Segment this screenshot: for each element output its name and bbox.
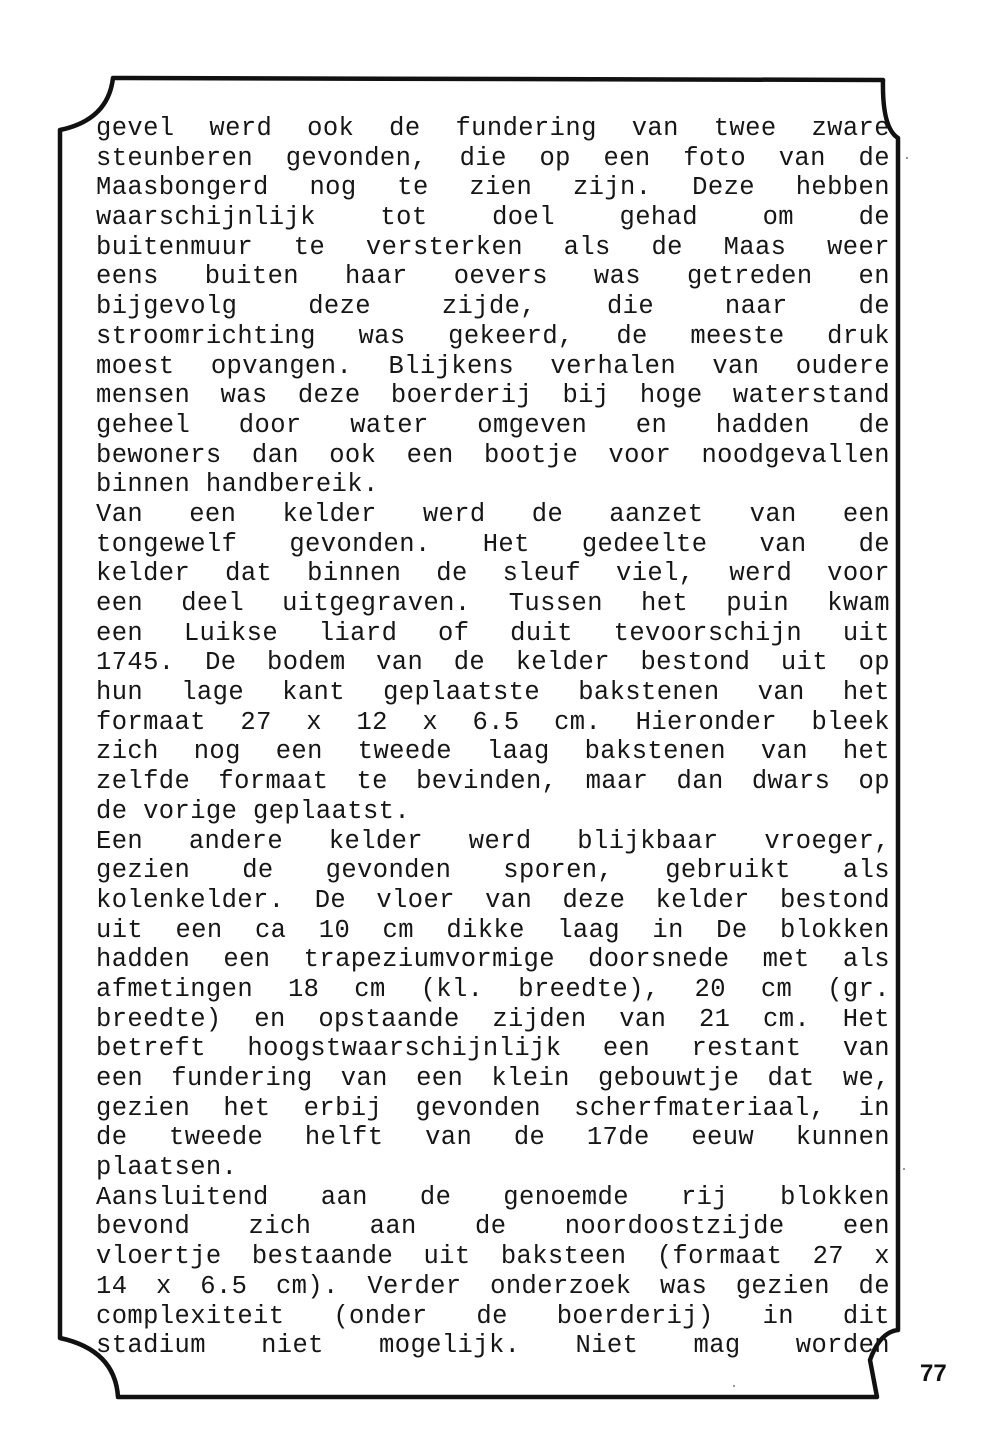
text-line: de vorige geplaatst. [96,797,890,827]
text-line: stadiumnietmogelijk.Nietmagworden [96,1331,890,1361]
text-line: tongewelfgevonden.Hetgedeeltevande [96,530,890,560]
text-line: Maasbongerdnogtezienzijn.Dezehebben [96,173,890,203]
text-line: afmetingen18cm(kl.breedte),20cm(gr. [96,975,890,1005]
text-line: gezienheterbijgevondenscherfmateriaal,in [96,1094,890,1124]
page-number: 77 [920,1360,947,1388]
text-line: mensenwasdezeboerderijbijhogewaterstand [96,381,890,411]
text-line: zichnogeentweedelaagbakstenenvanhet [96,737,890,767]
text-line: eendeeluitgegraven.Tussenhetpuinkwam [96,589,890,619]
text-line: steunberengevonden,dieopeenfotovande [96,144,890,174]
text-line: haddeneentrapeziumvormigedoorsnedemetals [96,945,890,975]
text-line: binnen handbereik. [96,470,890,500]
text-line: detweedehelftvande17deeeuwkunnen [96,1123,890,1153]
text-line: eenfunderingvaneenkleingebouwtjedatwe, [96,1064,890,1094]
scan-speck [903,1168,905,1170]
text-line: geziendegevondensporen,gebruiktals [96,856,890,886]
text-line: Vaneenkelderwerddeaanzetvaneen [96,500,890,530]
text-line: gevelwerdookdefunderingvantweezware [96,114,890,144]
text-line: complexiteit(onderdeboerderij)indit [96,1302,890,1332]
text-line: formaat27x12x6.5cm.Hieronderbleek [96,708,890,738]
text-line: kelderdatbinnendesleufviel,werdvoor [96,559,890,589]
text-line: 1745.Debodemvandekelderbestonduitop [96,648,890,678]
text-line: eenLuikseliardofduittevoorschijnuit [96,619,890,649]
text-line: Eenanderekelderwerdblijkbaarvroeger, [96,827,890,857]
text-line: breedte)enopstaandezijdenvan21cm.Het [96,1005,890,1035]
text-line: waarschijnlijktotdoelgehadomde [96,203,890,233]
text-line: bevondzichaandenoordoostzijdeeen [96,1212,890,1242]
text-line: betrefthoogstwaarschijnlijkeenrestantvan [96,1034,890,1064]
text-line: hunlagekantgeplaatstebakstenenvanhet [96,678,890,708]
text-line: Aansluitendaandegenoemderijblokken [96,1183,890,1213]
scan-speck [733,1385,735,1387]
text-line: uiteenca10cmdikkelaaginDeblokken [96,916,890,946]
text-line: bewonersdanookeenbootjevoornoodgevallen [96,441,890,471]
text-line: kolenkelder.Devloervandezekelderbestond [96,886,890,916]
text-line: bijgevolgdezezijde,dienaarde [96,292,890,322]
text-line: moestopvangen.Blijkensverhalenvanoudere [96,352,890,382]
text-line: zelfdeformaattebevinden,maardandwarsop [96,767,890,797]
text-line: eensbuitenhaaroeverswasgetredenen [96,262,890,292]
text-line: 14x6.5cm).Verderonderzoekwasgeziende [96,1272,890,1302]
text-line: stroomrichtingwasgekeerd,demeestedruk [96,322,890,352]
scan-speck [906,157,908,159]
text-line: buitenmuurteversterkenalsdeMaasweer [96,233,890,263]
text-line: plaatsen. [96,1153,890,1183]
text-line: geheeldoorwateromgevenenhaddende [96,411,890,441]
text-line: vloertjebestaandeuitbaksteen(formaat27x [96,1242,890,1272]
document-body-text: gevelwerdookdefunderingvantweezwaresteun… [96,114,890,1361]
